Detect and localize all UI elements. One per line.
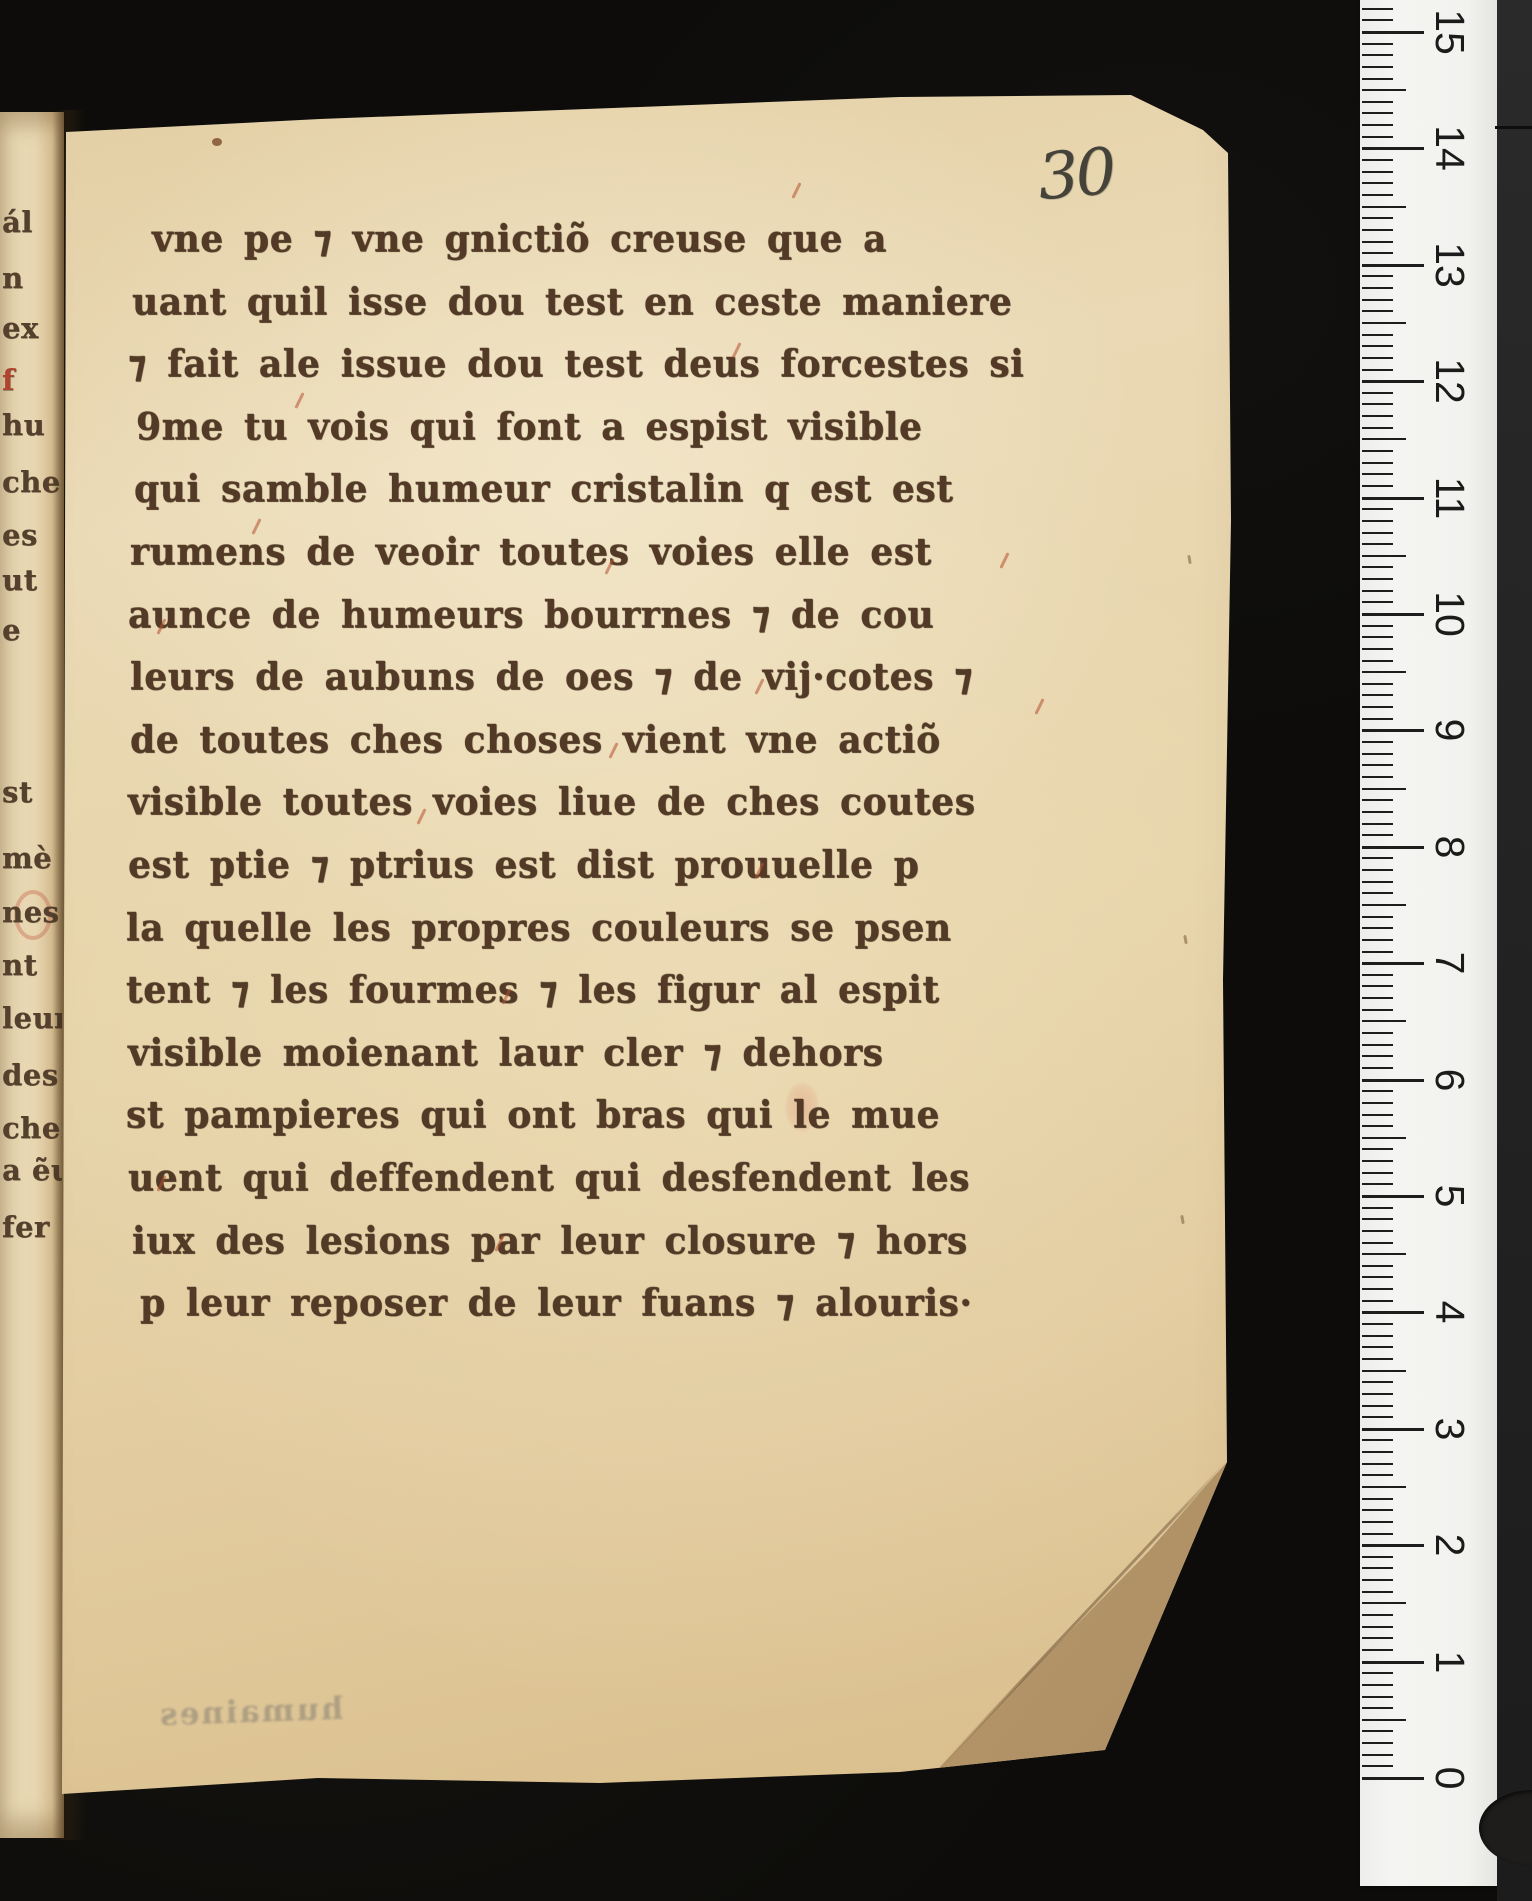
ruler-tick bbox=[1362, 124, 1393, 126]
manuscript-line: iux des lesions par leur closure ⁊ hors bbox=[132, 1219, 968, 1263]
ruler-number: 12 bbox=[1430, 357, 1470, 405]
ruler-tick bbox=[1362, 520, 1393, 522]
ruler-tick bbox=[1362, 497, 1424, 500]
ruler-tick bbox=[1362, 1148, 1393, 1150]
ruler-tick bbox=[1362, 1626, 1393, 1628]
ruler-tick bbox=[1362, 275, 1393, 277]
ruler-tick bbox=[1362, 1020, 1406, 1022]
ruler-tick bbox=[1362, 1719, 1406, 1721]
ruler-number: 8 bbox=[1430, 823, 1470, 871]
ruler-tick bbox=[1362, 974, 1393, 976]
ruler-tick bbox=[1362, 1323, 1393, 1325]
ruler-tick bbox=[1362, 578, 1393, 580]
ruler-tick bbox=[1362, 1486, 1406, 1488]
red-virgule-mark bbox=[1034, 698, 1044, 715]
ruler-tick bbox=[1362, 939, 1393, 941]
ruler-tick bbox=[1362, 8, 1393, 10]
ruler-tick bbox=[1362, 729, 1424, 732]
ruler-tick bbox=[1362, 927, 1393, 929]
ruler-tick bbox=[1362, 1602, 1406, 1604]
ruler-tick bbox=[1362, 764, 1393, 766]
ruler-tick bbox=[1362, 1067, 1393, 1069]
ruler-tick bbox=[1362, 159, 1393, 161]
ruler-tick bbox=[1362, 753, 1393, 755]
manuscript-line: rumens de veoir toutes voies elle est bbox=[130, 530, 932, 574]
ruler-tick bbox=[1362, 19, 1393, 21]
ruler-number: 13 bbox=[1430, 241, 1470, 289]
ruler-tick bbox=[1362, 1009, 1393, 1011]
ruler-tick bbox=[1362, 438, 1406, 440]
ruler-tick bbox=[1362, 1579, 1393, 1581]
ruler-tick bbox=[1362, 380, 1424, 383]
ruler-number: 2 bbox=[1430, 1521, 1470, 1569]
ruler-tick bbox=[1362, 1207, 1393, 1209]
ruler-tick bbox=[1362, 601, 1393, 603]
ruler-tick bbox=[1362, 450, 1393, 452]
ruler-tick bbox=[1362, 1463, 1393, 1465]
ruler-tick bbox=[1362, 660, 1393, 662]
ruler-number: 10 bbox=[1430, 590, 1470, 638]
offset-ink-stain: humaines bbox=[157, 1691, 344, 1733]
ruler-number: 6 bbox=[1430, 1056, 1470, 1104]
ruler-tick bbox=[1362, 1672, 1393, 1674]
ruler-tick bbox=[1362, 1253, 1406, 1255]
ruler-tick bbox=[1362, 1777, 1424, 1780]
ruler-tick bbox=[1362, 648, 1393, 650]
ruler-tick bbox=[1362, 415, 1393, 417]
manuscript-line: de toutes ches choses vient vne actiõ bbox=[130, 718, 941, 762]
ruler-tick bbox=[1362, 345, 1393, 347]
pricking-hole bbox=[1180, 1215, 1185, 1224]
photograph-stage: álnexfhuchesesutestmènesntleurdeschefa ẽ… bbox=[0, 0, 1532, 1901]
ruler-tick bbox=[1362, 706, 1393, 708]
ruler-tick bbox=[1362, 1137, 1406, 1139]
ruler-tick bbox=[1362, 66, 1393, 68]
ruler-tick bbox=[1362, 112, 1393, 114]
ruler-tick bbox=[1362, 636, 1393, 638]
ruler-tick bbox=[1362, 1661, 1424, 1664]
ruler-tick bbox=[1362, 1428, 1424, 1431]
ruler-tick bbox=[1362, 1742, 1393, 1744]
ruler-tick bbox=[1362, 229, 1393, 231]
ruler-tick bbox=[1362, 473, 1393, 475]
ruler-tick bbox=[1362, 299, 1393, 301]
ruler-tick bbox=[1362, 1567, 1393, 1569]
ruler-tick bbox=[1362, 997, 1393, 999]
pricking-hole bbox=[1183, 935, 1188, 944]
ruler-tick bbox=[1362, 485, 1393, 487]
ruler-tick bbox=[1362, 1381, 1393, 1383]
ruler-number: 4 bbox=[1430, 1288, 1470, 1336]
ruler-tick bbox=[1362, 1498, 1393, 1500]
ruler-number: 14 bbox=[1430, 124, 1470, 172]
ruler-tick bbox=[1362, 252, 1393, 254]
parchment-speck bbox=[212, 138, 222, 146]
ruler-tick bbox=[1362, 1102, 1393, 1104]
ruler-tick bbox=[1362, 1288, 1393, 1290]
ruler-tick bbox=[1362, 241, 1393, 243]
ruler-tick bbox=[1362, 136, 1393, 138]
page-number: 30 bbox=[1035, 135, 1117, 215]
ruler-number: 7 bbox=[1430, 939, 1470, 987]
ruler-tick bbox=[1362, 1311, 1424, 1314]
ruler-tick bbox=[1362, 357, 1393, 359]
ruler-tick bbox=[1362, 823, 1393, 825]
ruler-tick bbox=[1362, 811, 1393, 813]
ruler-tick bbox=[1362, 101, 1393, 103]
ruler-tick bbox=[1362, 264, 1424, 267]
ruler-tick bbox=[1362, 89, 1406, 91]
manuscript-line: leurs de aubuns de oes ⁊ de vij·cotes ⁊ bbox=[130, 655, 973, 699]
ruler-tick bbox=[1362, 334, 1393, 336]
red-virgule-mark bbox=[791, 182, 801, 199]
ruler-tick bbox=[1362, 1754, 1393, 1756]
ruler-tick bbox=[1362, 694, 1393, 696]
ruler-tick bbox=[1362, 1556, 1393, 1558]
manuscript-line: tent ⁊ les fourmes ⁊ les figur al espit bbox=[126, 968, 940, 1012]
ruler-tick bbox=[1362, 799, 1393, 801]
ruler-tick bbox=[1362, 508, 1393, 510]
ruler-tick bbox=[1362, 147, 1424, 150]
ruler-tick bbox=[1362, 1242, 1393, 1244]
ruler-tick bbox=[1362, 1370, 1406, 1372]
ruler-tick bbox=[1362, 1614, 1393, 1616]
ruler-tick bbox=[1362, 1533, 1393, 1535]
manuscript-line: la quelle les propres couleurs se psen bbox=[126, 906, 952, 950]
ruler-tick bbox=[1362, 543, 1393, 545]
ruler-tick bbox=[1362, 532, 1393, 534]
ruler-tick bbox=[1362, 671, 1406, 673]
ruler-tick bbox=[1362, 1405, 1393, 1407]
ruler-tick bbox=[1362, 1358, 1393, 1360]
manuscript-line: visible moienant laur cler ⁊ dehors bbox=[128, 1031, 884, 1075]
ruler-tick bbox=[1362, 1439, 1393, 1441]
ruler-tick bbox=[1362, 182, 1393, 184]
ruler-tick bbox=[1362, 206, 1406, 208]
ruler-backing-strip bbox=[1497, 0, 1532, 1901]
ruler-tick bbox=[1362, 392, 1393, 394]
ruler-tick bbox=[1362, 43, 1393, 45]
ruler-tick bbox=[1362, 1707, 1393, 1709]
ruler-tick bbox=[1362, 1474, 1393, 1476]
ruler-tick bbox=[1362, 1276, 1393, 1278]
ruler-tick bbox=[1362, 590, 1393, 592]
ruler-tick bbox=[1362, 869, 1393, 871]
manuscript-line: 9me tu vois qui font a espist visible bbox=[136, 405, 923, 449]
ruler-tick bbox=[1362, 892, 1393, 894]
manuscript-line: aunce de humeurs bourrnes ⁊ de cou bbox=[128, 593, 934, 637]
manuscript-line: qui samble humeur cristalin q est est bbox=[134, 468, 953, 512]
ruler-tick bbox=[1362, 403, 1393, 405]
ruler-tick bbox=[1362, 1032, 1393, 1034]
ruler-tick bbox=[1362, 1649, 1393, 1651]
ruler-number: 9 bbox=[1430, 706, 1470, 754]
manuscript-line: vne pe ⁊ vne gnictiõ creuse que a bbox=[152, 217, 887, 261]
ruler-tick bbox=[1362, 1230, 1393, 1232]
ruler-tick bbox=[1362, 322, 1406, 324]
ruler-tick bbox=[1362, 741, 1393, 743]
ruler-tick bbox=[1362, 1125, 1393, 1127]
backing-strip-seam bbox=[1495, 126, 1532, 129]
manuscript-line: uant quil isse dou test en ceste maniere bbox=[132, 280, 1012, 324]
ruler-tick bbox=[1362, 846, 1424, 849]
ruler-tick bbox=[1362, 881, 1393, 883]
ruler-tick bbox=[1362, 1544, 1424, 1547]
manuscript-line: ⁊ fait ale issue dou test deus forcestes… bbox=[128, 342, 1024, 386]
manuscript-line: est ptie ⁊ ptrius est dist prouuelle p bbox=[128, 843, 919, 887]
ruler-tick bbox=[1362, 985, 1393, 987]
ruler-number: 3 bbox=[1430, 1405, 1470, 1453]
ruler-tick bbox=[1362, 962, 1424, 965]
ruler-tick bbox=[1362, 1044, 1393, 1046]
ruler-tick bbox=[1362, 1160, 1393, 1162]
ruler-tick bbox=[1362, 310, 1393, 312]
ruler-tick bbox=[1362, 613, 1424, 616]
manuscript-line: st pampieres qui ont bras qui le mue bbox=[126, 1094, 940, 1138]
ruler-tick bbox=[1362, 1521, 1393, 1523]
ruler-number: 15 bbox=[1430, 8, 1470, 56]
ruler-tick bbox=[1362, 427, 1393, 429]
ruler-tick bbox=[1362, 1335, 1393, 1337]
ruler-number: 1 bbox=[1430, 1638, 1470, 1686]
ruler-number: 0 bbox=[1430, 1754, 1470, 1802]
ruler-tick bbox=[1362, 916, 1393, 918]
ruler-tick bbox=[1362, 1696, 1393, 1698]
ruler-tick bbox=[1362, 788, 1406, 790]
ruler-tick bbox=[1362, 1114, 1393, 1116]
ruler-tick bbox=[1362, 369, 1393, 371]
ruler-tick bbox=[1362, 1416, 1393, 1418]
ruler-tick bbox=[1362, 1591, 1393, 1593]
ruler-tick bbox=[1362, 1183, 1393, 1185]
manuscript-line: visible toutes voies liue de ches coutes bbox=[128, 781, 976, 825]
ruler-tick bbox=[1362, 1765, 1393, 1767]
ruler-tick bbox=[1362, 287, 1393, 289]
ruler-tick bbox=[1362, 1509, 1393, 1511]
manuscript-page: vne pe ⁊ vne gnictiõ creuse que auant qu… bbox=[0, 0, 1270, 1860]
red-virgule-mark bbox=[999, 552, 1009, 569]
ruler-tick bbox=[1362, 951, 1393, 953]
ruler-tick bbox=[1362, 1090, 1393, 1092]
ruler-tick bbox=[1362, 462, 1393, 464]
ruler-tick bbox=[1362, 776, 1393, 778]
ruler-tick bbox=[1362, 555, 1406, 557]
ruler-tick bbox=[1362, 904, 1406, 906]
ruler-number: 5 bbox=[1430, 1172, 1470, 1220]
ruler-tick bbox=[1362, 217, 1393, 219]
ruler-tick bbox=[1362, 1195, 1424, 1198]
ruler-tick bbox=[1362, 54, 1393, 56]
ruler-tick bbox=[1362, 31, 1424, 34]
ruler-tick bbox=[1362, 625, 1393, 627]
ruler-tick bbox=[1362, 683, 1393, 685]
ruler-tick bbox=[1362, 1079, 1424, 1082]
ruler-tick bbox=[1362, 1300, 1393, 1302]
ruler-tick bbox=[1362, 1055, 1393, 1057]
pricking-hole bbox=[1187, 555, 1192, 564]
ruler-tick bbox=[1362, 566, 1393, 568]
ruler-tick bbox=[1362, 171, 1393, 173]
ruler-number: 11 bbox=[1430, 474, 1470, 522]
ruler-tick bbox=[1362, 1346, 1393, 1348]
ruler-tick bbox=[1362, 1265, 1393, 1267]
ruler-tick bbox=[1362, 78, 1393, 80]
ruler-tick bbox=[1362, 1393, 1393, 1395]
ruler-tick bbox=[1362, 194, 1393, 196]
ruler-tick bbox=[1362, 1451, 1393, 1453]
ruler-tick bbox=[1362, 1730, 1393, 1732]
ruler-tick bbox=[1362, 834, 1393, 836]
ruler-tick bbox=[1362, 1218, 1393, 1220]
ruler-tick bbox=[1362, 718, 1393, 720]
ruler-tick bbox=[1362, 1637, 1393, 1639]
ruler-tick bbox=[1362, 1172, 1393, 1174]
manuscript-line: p leur reposer de leur fuans ⁊ alouris· bbox=[140, 1281, 973, 1325]
manuscript-line: uent qui deffendent qui desfendent les bbox=[128, 1156, 970, 1200]
ruler-tick bbox=[1362, 857, 1393, 859]
measurement-ruler: 1514131211109876543210 bbox=[1360, 0, 1497, 1886]
ruler-tick bbox=[1362, 1684, 1393, 1686]
